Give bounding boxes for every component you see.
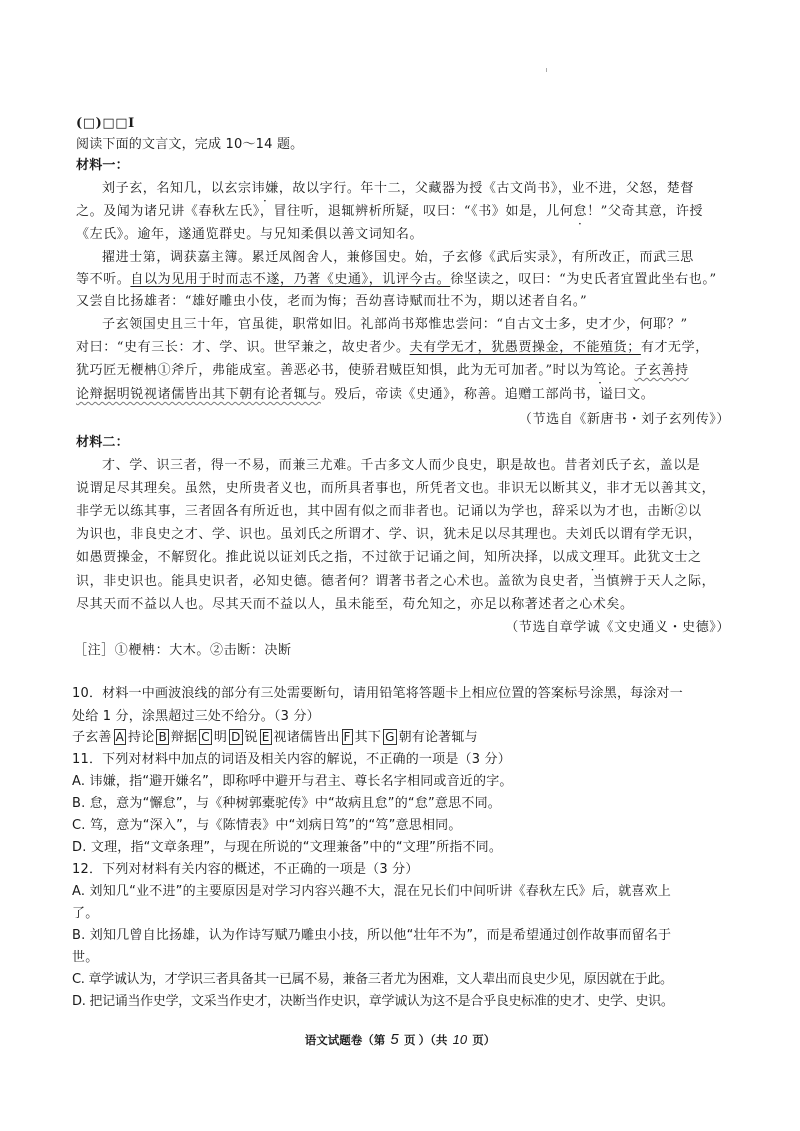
text-span: 有才无学，: [641, 340, 709, 355]
m1-p1-line1: 刘子玄，名知几，以玄宗讳嫌，故以字行。年十二，父藏器为授《古文尚书》，业不进，父…: [76, 180, 694, 198]
m2-line7: 尽其天而不益以人也。尽其天而不益以人，虽未能至，苟允知之，亦足以称著述者之心术矣…: [76, 596, 634, 614]
text-span: 等不听。: [76, 272, 130, 287]
dotted-word: 怠: [573, 204, 587, 219]
m1-p2-line3: 又尝自比扬雄者：“雄好雕虫小伎，老而为悔；吾幼喜诗赋而壮不为，期以述者自名。”: [76, 293, 587, 311]
m1-p1-line2: 之。及闻为诸兄讲《春秋左氏》，冒往听，退辄辨析所疑，叹曰：“《书》如是，儿何怠！…: [76, 203, 703, 221]
segment-text: 辩据: [171, 730, 197, 745]
m1-p3-line1: 子玄领国史且三十年，官虽徙，职常如旧。礼部尚书郑惟忠尝问：“自古文士多，史才少，…: [76, 316, 688, 334]
m1-p3-line2: 对曰：“史有三长：才、学、识。世罕兼之，故史者少。夫有学无才，犹愚贾操金，不能殖…: [76, 339, 709, 357]
break-option-g[interactable]: G: [383, 729, 397, 745]
q11-option-a[interactable]: A. 讳嫌，指“避开嫌名”，即称呼中避开与君主、尊长名字相同或音近的字。: [72, 773, 513, 791]
break-option-d[interactable]: D: [229, 729, 242, 745]
footer-suffix: 页）: [472, 1035, 495, 1047]
q11-option-d[interactable]: D. 文理，指“文章条理”，与现在所说的“文理兼备”中的“文理”所指不同。: [72, 839, 502, 857]
dotted-word: 讳嫌: [252, 181, 279, 196]
page-number: 5: [390, 1031, 398, 1048]
segment-text: 锐: [245, 730, 258, 745]
q10-answer-segments: 子玄善A持论B辩据C明D锐E视诸儒皆出F其下G朝有论著辄与: [72, 729, 478, 747]
footer-middle: 页 ）（共: [404, 1035, 447, 1047]
text-span: 犹巧匠无楩柟①斧斤，弗能成室。善恶必书，使骄君贼臣知惧，此为无可加者。”时以为: [76, 363, 594, 378]
break-option-a[interactable]: A: [114, 729, 126, 745]
section-label: (□)□□Ⅰ: [76, 115, 135, 133]
segment-text: 明: [214, 730, 227, 745]
q12-option-b-line1[interactable]: B. 刘知几曾自比扬雄，认为作诗写赋乃雕虫小技，所以他“壮年不为”，而是希望通过…: [72, 927, 671, 945]
q12-option-d[interactable]: D. 把记诵当作史学，文采当作史才，决断当作史识，章学诚认为这不是合乎良史标准的…: [72, 993, 674, 1011]
m1-p1-line3: 《左氏》。逾年，遂通览群史。与兄知柔俱以善文词知名。: [76, 226, 423, 244]
q11-option-c[interactable]: C. 笃，意为“深入”，与《陈情表》中“刘病日笃”的“笃”意思相同。: [72, 817, 462, 835]
q11-stem: 11．下列对材料中加点的词语及相关内容的解说，不正确的一项是（3 分）: [72, 751, 511, 769]
q10-stem-line1: 10．材料一中画波浪线的部分有三处需要断句，请用铅笔将答题卡上相应位置的答案标号…: [72, 685, 683, 703]
text-span: 耳。此犹文士之: [606, 550, 701, 565]
text-span: ！”父奇其意，许授: [587, 204, 703, 219]
text-span: 对曰：“史有三长：才、学、识。世罕兼之，故史者少。: [76, 340, 410, 355]
segment-text: 其下: [355, 730, 381, 745]
m2-line6: 识，非史识也。能具史识者，必知史德。德者何？谓著书者之心术也。盖欲为良史者，当慎…: [76, 573, 715, 591]
m1-p2-line1: 擢进士第，调获嘉主簿。累迁凤阁舍人，兼修国史。始，子玄修《武后实录》，有所改正，…: [76, 249, 694, 267]
text-span: 刘子玄，名知几，以玄宗: [102, 181, 252, 196]
m1-p3-line4: 论辩据明锐视诸儒皆出其下朝有论者辄与。殁后，帝读《史通》，称善。追赠工部尚书，谥…: [76, 386, 654, 404]
wavy-underlined-text: 论辩据明锐视诸儒皆出其下朝有论者辄与: [76, 387, 321, 402]
page-footer: 语文试题卷（第 5 页 ）（共 10 页）: [0, 1031, 800, 1048]
m2-line1: 才、学、识三者，得一不易，而兼三尤难。千古多文人而少良史，职是故也。昔者刘氏子玄…: [76, 457, 700, 475]
q12-option-b-line2[interactable]: 世。: [72, 949, 98, 967]
underlined-sentence: 自以为见用于时而志不遂，乃著《史通》，讥评今古。: [130, 272, 450, 287]
total-pages: 10: [453, 1032, 467, 1047]
q10-stem-line2: 处给 1 分，涂黑超过三处不给分。（3 分）: [72, 708, 320, 726]
m2-line2: 说谓足尽其理矣。虽然，史所贵者义也，而所具者事也，所凭者文也。非识无以断其义，非…: [76, 480, 715, 498]
q12-option-a-line2[interactable]: 了。: [72, 905, 98, 923]
break-option-c[interactable]: C: [199, 729, 212, 745]
break-option-e[interactable]: E: [260, 729, 272, 745]
m1-p3-line3: 犹巧匠无楩柟①斧斤，弗能成室。善恶必书，使骄君贼臣知惧，此为无可加者。”时以为笃…: [76, 362, 689, 380]
break-option-f[interactable]: F: [342, 729, 353, 745]
underlined-sentence: 夫有学无才，犹愚贾操金，不能殖货；: [410, 340, 641, 355]
m1-p2-line2: 等不听。自以为见用于时而志不遂，乃著《史通》，讥评今古。徐坚读之，叹曰：“为史氏…: [76, 271, 717, 289]
text-span: 论。: [607, 363, 634, 378]
footer-prefix: 语文试题卷（第: [305, 1035, 386, 1047]
footnote: ［注］①楩柟：大木。②击断：决断: [74, 642, 292, 660]
m2-line5: 如愚贾操金，不解贸化。推此说以证刘氏之指，不过欲于记诵之间，知所决择，以成文理耳…: [76, 549, 702, 567]
material2-source: （节选自章学诚《文史通义・史德》）: [505, 619, 730, 637]
q12-option-c[interactable]: C. 章学诚认为，才学识三者具备其一已属不易，兼备三者尤为困难，文人辈出而良史少…: [72, 971, 673, 989]
segment-text: 朝有论著辄与: [399, 730, 478, 745]
dotted-word: 笃: [594, 363, 608, 378]
dotted-word: 文理: [579, 550, 606, 565]
text-span: ，故以字行。年十二，父藏器为授《古文尚书》，业不进，父怒，楚督: [279, 181, 694, 196]
q12-option-a-line1[interactable]: A. 刘知几“业不进”的主要原因是对学习内容兴趣不大，混在兄长们中间听讲《春秋左…: [72, 883, 671, 901]
material1-heading: 材料一：: [76, 157, 129, 175]
instruction-text: 阅读下面的文言文，完成 10～14 题。: [76, 136, 303, 154]
text-span: 如愚贾操金，不解贸化。推此说以证刘氏之指，不过欲于记诵之间，知所决择，以成: [76, 550, 579, 565]
segment-text: 视诸儒皆出: [274, 730, 340, 745]
text-span: 之。及闻为诸兄讲《春秋左氏》，冒往听，退辄辨析所疑，叹曰：“《书》如是，儿何: [76, 204, 573, 219]
material1-source: （节选自《新唐书・刘子玄列传》）: [519, 411, 730, 429]
break-option-b[interactable]: B: [156, 729, 168, 745]
text-span: 。殁后，帝读《史通》，称善。追赠工部尚书，谥曰文。: [321, 387, 655, 402]
m2-line4: 为识也，非良史之才、学、识也。虽刘氏之所谓才、学、识，犹未足以尽其理也。夫刘氏以…: [76, 526, 702, 544]
q11-option-b[interactable]: B. 怠，意为“懈怠”，与《种树郭橐驼传》中“故病且怠”的“怠”意思不同。: [72, 795, 501, 813]
m2-line3: 非学无以练其事，三者固各有所近也，其中固有似之而非者也。记诵以为学也，辞采以为才…: [76, 503, 702, 521]
material2-heading: 材料二：: [76, 434, 129, 452]
text-span: 徐坚读之，叹曰：“为史氏者宜置此坐右也。”: [450, 272, 716, 287]
wavy-underlined-text: 子玄善持: [634, 363, 688, 378]
segment-text: 持论: [128, 730, 154, 745]
q12-stem: 12．下列对材料有关内容的概述，不正确的一项是（3 分）: [72, 861, 419, 879]
segment-text: 子玄善: [72, 730, 112, 745]
scan-mark: [546, 68, 547, 72]
